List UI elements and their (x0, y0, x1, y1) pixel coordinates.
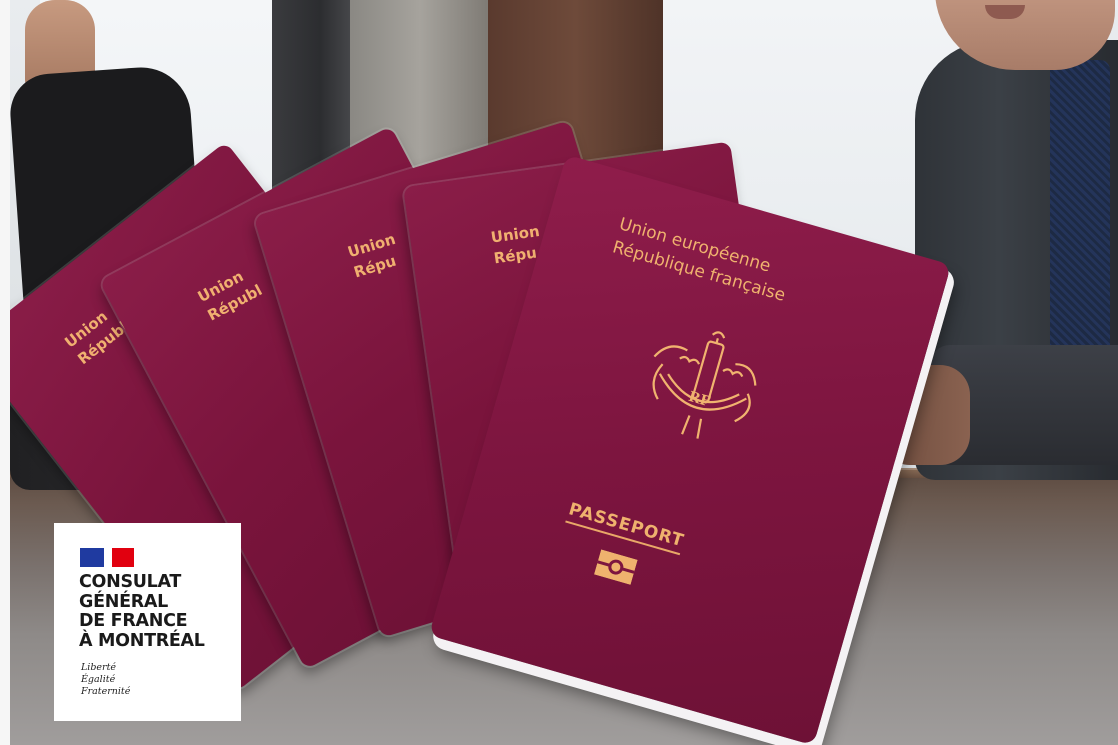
republic-motto: Liberté Égalité Fraternité (81, 662, 130, 698)
left-border (0, 0, 10, 745)
svg-text:RF: RF (686, 389, 711, 410)
photo-scene: UnionRépubli UnionRépubl UnionRépu Union… (0, 0, 1118, 745)
passport-title: PASSEPORT (565, 499, 686, 555)
logo-line: À MONTRÉAL (79, 632, 205, 652)
motto-line: Liberté (81, 662, 130, 674)
motto-line: Égalité (81, 674, 130, 686)
logo-line: GÉNÉRAL (79, 593, 205, 613)
biometric-chip-icon (594, 549, 638, 584)
passport-header: Union européenne République française (610, 212, 795, 307)
logo-line: CONSULAT (79, 573, 205, 593)
consulate-name: CONSULAT GÉNÉRAL DE FRANCE À MONTRÉAL (79, 573, 205, 651)
motto-line: Fraternité (81, 686, 130, 698)
consulate-logo: CONSULAT GÉNÉRAL DE FRANCE À MONTRÉAL Li… (54, 523, 241, 721)
french-emblem-icon: RF (624, 311, 782, 462)
logo-line: DE FRANCE (79, 612, 205, 632)
marianne-flag-icon (80, 548, 134, 567)
